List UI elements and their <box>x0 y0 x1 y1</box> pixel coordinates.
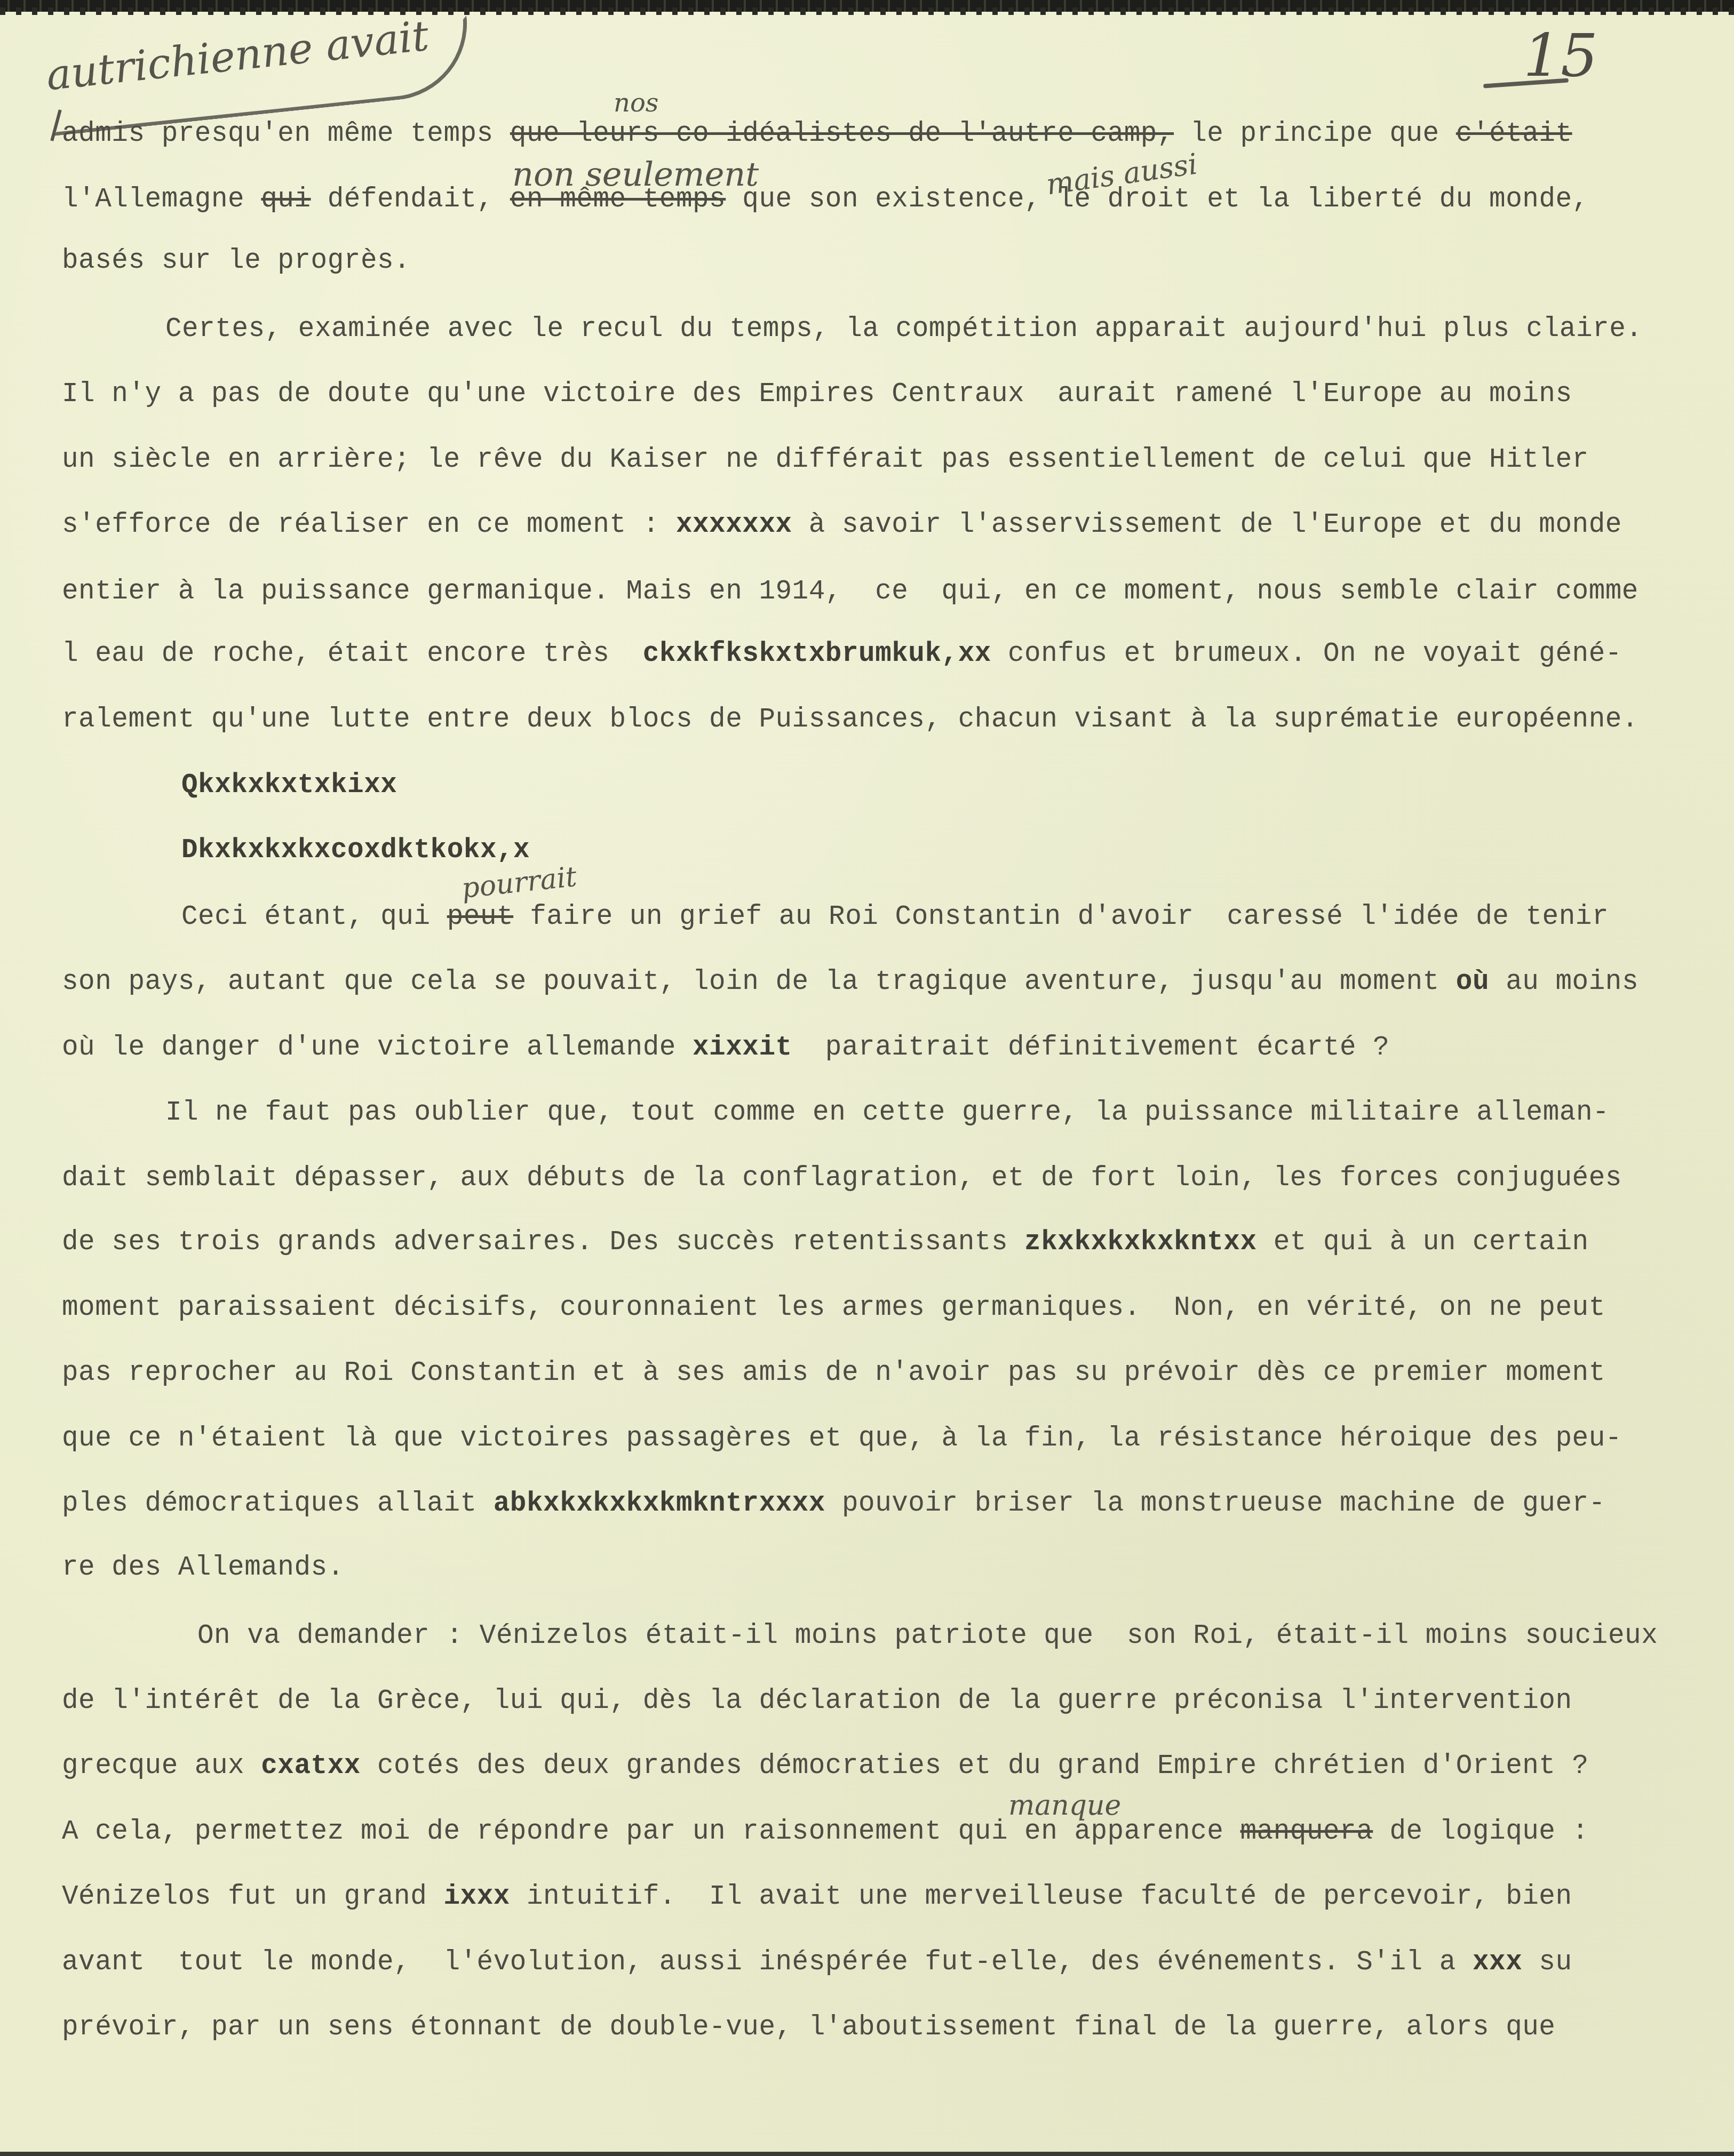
text-line-3: basés sur le progrès. <box>62 245 410 277</box>
text-line-10: ralement qu'une lutte entre deux blocs d… <box>62 704 1638 736</box>
text-line-28: Vénizelos fut un grand ixxx intuitif. Il… <box>62 1881 1572 1913</box>
overtyped-text: zkxkxkxkxkntxx <box>1024 1227 1256 1258</box>
text-line-14: son pays, autant que cela se pouvait, lo… <box>62 967 1638 999</box>
handwritten-insert-nos: nos <box>614 88 658 118</box>
overtyped-text: où <box>1456 967 1489 997</box>
struck-text: c'était <box>1456 119 1572 149</box>
text-line-8: entier à la puissance germanique. Mais e… <box>62 576 1638 608</box>
text-line-30: prévoir, par un sens étonnant de double-… <box>62 2012 1555 2044</box>
text-line-15: où le danger d'une victoire allemande xi… <box>62 1032 1389 1064</box>
struck-text: que leurs co-idéalistes de l'autre camp, <box>510 119 1174 149</box>
overtyped-text: xxxxxxx <box>676 510 792 540</box>
struck-text: qui <box>261 185 311 215</box>
overtyped-text: ckxkfkskxtxbrumkuk,xx <box>643 639 991 669</box>
overtyped-text: ixxx <box>443 1882 510 1912</box>
text-line-29: avant tout le monde, l'évolution, aussi … <box>62 1947 1572 1979</box>
text-line-27: A cela, permettez moi de répondre par un… <box>62 1816 1589 1848</box>
struck-text: manquera <box>1240 1817 1373 1847</box>
text-line-24: On va demander : Vénizelos était-il moin… <box>197 1620 1658 1652</box>
text-line-11-overtyped: Qkxkxkxtxkixx <box>181 770 397 802</box>
text-line-6: un siècle en arrière; le rêve du Kaiser … <box>62 444 1589 476</box>
text-line-2: l'Allemagne qui défendait, en même temps… <box>62 184 1589 216</box>
text-line-22: ples démocratiques allait abkxkxkxkxkmkn… <box>62 1488 1605 1520</box>
bottom-edge <box>0 2152 1734 2156</box>
overtyped-text: abkxkxkxkxkmkntrxxxx <box>494 1489 825 1519</box>
overtyped-text: cxatxx <box>261 1751 361 1782</box>
text-line-18: de ses trois grands adversaires. Des suc… <box>62 1227 1589 1259</box>
text-line-21: que ce n'étaient là que victoires passag… <box>62 1423 1622 1455</box>
text-line-12-overtyped: Dkxkxkxkxcoxdktkokx,x <box>181 835 530 867</box>
text-line-17: dait semblait dépasser, aux débuts de la… <box>62 1163 1622 1195</box>
text-line-19: moment paraissaient décisifs, couronnaie… <box>62 1292 1605 1324</box>
struck-text: en même temps <box>510 185 726 215</box>
text-line-1: admis presqu'en même temps que leurs co-… <box>62 118 1572 150</box>
perforated-top-edge <box>0 0 1734 12</box>
text-line-4: Certes, examinée avec le recul du temps,… <box>165 314 1642 346</box>
text-line-20: pas reprocher au Roi Constantin et à ses… <box>62 1358 1605 1390</box>
text-line-5: Il n'y a pas de doute qu'une victoire de… <box>62 379 1572 411</box>
text-line-9: l eau de roche, était encore très ckxkfk… <box>62 638 1622 670</box>
struck-text: peut <box>447 902 513 932</box>
overtyped-text: xxx <box>1473 1947 1522 1978</box>
text-line-13: Ceci étant, qui peut faire un grief au R… <box>181 901 1609 933</box>
text-line-7: s'efforce de réaliser en ce moment : xxx… <box>62 509 1622 541</box>
text-line-26: grecque aux cxatxx cotés des deux grande… <box>62 1751 1589 1783</box>
overtyped-text: xixxit <box>693 1033 792 1063</box>
text-line-23: re des Allemands. <box>62 1552 344 1584</box>
text-line-25: de l'intérêt de la Grèce, lui qui, dès l… <box>62 1686 1572 1718</box>
text-line-16: Il ne faut pas oublier que, tout comme e… <box>165 1097 1609 1129</box>
